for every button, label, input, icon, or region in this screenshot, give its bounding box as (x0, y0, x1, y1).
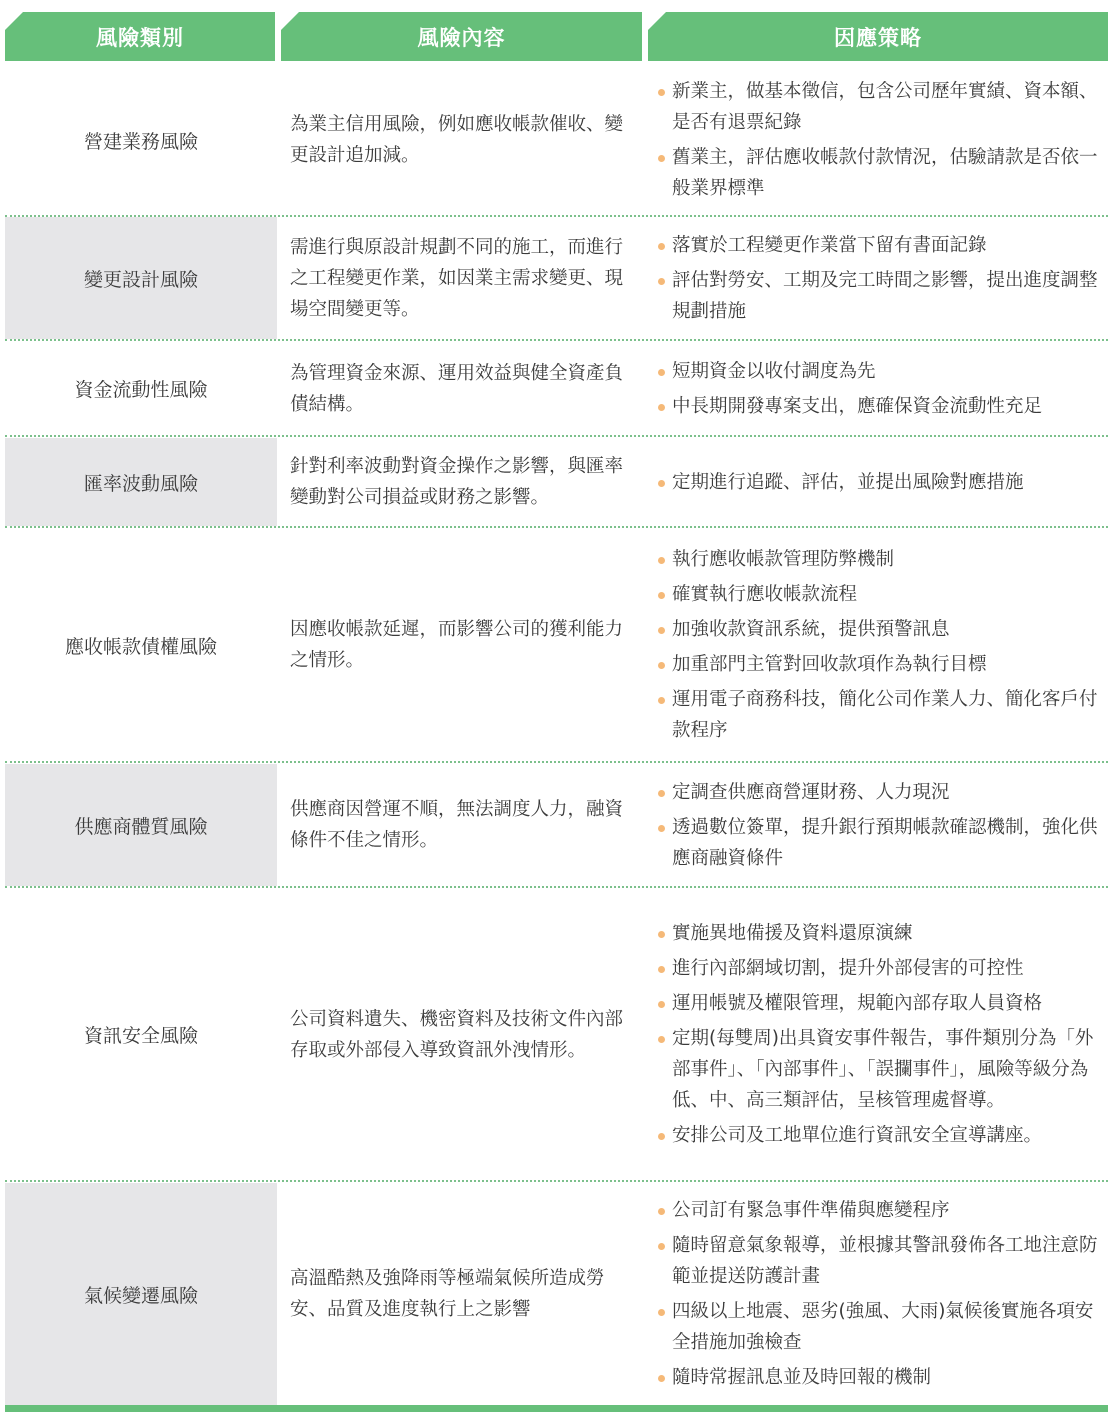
risk-category: 應收帳款債權風險 (5, 529, 277, 761)
list-item: 四級以上地震、惡劣(強風、大雨)氣候後實施各項安全措施加強檢查 (655, 1296, 1105, 1358)
table-row: 供應商體質風險 供應商因營運不順，無法調度人力，融資條件不佳之情形。 定調查供應… (5, 764, 1108, 888)
list-item: 實施異地備援及資料還原演練 (655, 918, 1105, 949)
list-item: 公司訂有緊急事件準備與應變程序 (655, 1195, 1105, 1226)
list-item: 定期(每雙周)出具資安事件報告，事件類別分為「外部事件」、「內部事件」、「誤攔事… (655, 1023, 1105, 1116)
strategy-list: 公司訂有緊急事件準備與應變程序 隨時留意氣象報導，並根據其警訊發佈各工地注意防範… (655, 1183, 1105, 1405)
risk-category: 匯率波動風險 (5, 438, 277, 526)
list-item: 加強收款資訊系統，提供預警訊息 (655, 614, 1105, 645)
list-item: 安排公司及工地單位進行資訊安全宣導講座。 (655, 1120, 1105, 1151)
list-item: 新業主，做基本徵信，包含公司歷年實績、資本額、是否有退票紀錄 (655, 76, 1105, 138)
list-item: 透過數位簽單，提升銀行預期帳款確認機制，強化供應商融資條件 (655, 812, 1105, 874)
list-item: 定調查供應商營運財務、人力現況 (655, 777, 1105, 808)
risk-content: 供應商因營運不順，無法調度人力，融資條件不佳之情形。 (290, 764, 640, 886)
list-item: 運用帳號及權限管理，規範內部存取人員資格 (655, 988, 1105, 1019)
risk-content: 為業主信用風險，例如應收帳款催收、變更設計追加減。 (290, 65, 640, 215)
list-item: 運用電子商務科技，簡化公司作業人力、簡化客戶付款程序 (655, 684, 1105, 746)
header-risk-content: 風險內容 (281, 12, 642, 61)
strategy-list: 定期進行追蹤、評估，並提出風險對應措施 (655, 438, 1105, 526)
risk-content: 因應收帳款延遲，而影響公司的獲利能力之情形。 (290, 529, 640, 761)
strategy-list: 新業主，做基本徵信，包含公司歷年實績、資本額、是否有退票紀錄 舊業主，評估應收帳… (655, 65, 1105, 215)
strategy-list: 定調查供應商營運財務、人力現況 透過數位簽單，提升銀行預期帳款確認機制，強化供應… (655, 764, 1105, 886)
risk-content: 高溫酷熱及強降雨等極端氣候所造成勞安、品質及進度執行上之影響 (290, 1183, 640, 1405)
list-item: 加重部門主管對回收款項作為執行目標 (655, 649, 1105, 680)
list-item: 隨時常握訊息並及時回報的機制 (655, 1362, 1105, 1393)
table-bottom-border (5, 1405, 1108, 1412)
table-row: 氣候變遷風險 高溫酷熱及強降雨等極端氣候所造成勞安、品質及進度執行上之影響 公司… (5, 1183, 1108, 1405)
strategy-list: 落實於工程變更作業當下留有書面記錄 評估對勞安、工期及完工時間之影響，提出進度調… (655, 217, 1105, 339)
header-label: 風險內容 (418, 22, 506, 52)
header-strategy: 因應策略 (648, 12, 1108, 61)
risk-content: 公司資料遺失、機密資料及技術文件內部存取或外部侵入導致資訊外洩情形。 (290, 889, 640, 1180)
table-row: 資訊安全風險 公司資料遺失、機密資料及技術文件內部存取或外部侵入導致資訊外洩情形… (5, 889, 1108, 1182)
list-item: 定期進行追蹤、評估，並提出風險對應措施 (655, 467, 1105, 498)
risk-category: 變更設計風險 (5, 217, 277, 339)
risk-content: 為管理資金來源、運用效益與健全資產負債結構。 (290, 342, 640, 435)
risk-content: 針對利率波動對資金操作之影響，與匯率變動對公司損益或財務之影響。 (290, 438, 640, 526)
table-row: 資金流動性風險 為管理資金來源、運用效益與健全資產負債結構。 短期資金以收付調度… (5, 342, 1108, 437)
list-item: 舊業主，評估應收帳款付款情況，估驗請款是否依一般業界標準 (655, 142, 1105, 204)
list-item: 落實於工程變更作業當下留有書面記錄 (655, 230, 1105, 261)
list-item: 執行應收帳款管理防弊機制 (655, 544, 1105, 575)
table-row: 營建業務風險 為業主信用風險，例如應收帳款催收、變更設計追加減。 新業主，做基本… (5, 65, 1108, 217)
list-item: 進行內部網域切割，提升外部侵害的可控性 (655, 953, 1105, 984)
header-risk-category: 風險類別 (5, 12, 275, 61)
list-item: 短期資金以收付調度為先 (655, 356, 1105, 387)
list-item: 隨時留意氣象報導，並根據其警訊發佈各工地注意防範並提送防護計畫 (655, 1230, 1105, 1292)
table-row: 應收帳款債權風險 因應收帳款延遲，而影響公司的獲利能力之情形。 執行應收帳款管理… (5, 529, 1108, 763)
header-label: 因應策略 (834, 22, 922, 52)
strategy-list: 實施異地備援及資料還原演練 進行內部網域切割，提升外部侵害的可控性 運用帳號及權… (655, 889, 1105, 1180)
risk-category: 營建業務風險 (5, 65, 277, 215)
risk-category: 氣候變遷風險 (5, 1183, 277, 1405)
strategy-list: 短期資金以收付調度為先 中長期開發專案支出，應確保資金流動性充足 (655, 342, 1105, 435)
table-row: 匯率波動風險 針對利率波動對資金操作之影響，與匯率變動對公司損益或財務之影響。 … (5, 438, 1108, 528)
list-item: 評估對勞安、工期及完工時間之影響，提出進度調整規劃措施 (655, 265, 1105, 327)
risk-category: 資金流動性風險 (5, 342, 277, 435)
strategy-list: 執行應收帳款管理防弊機制 確實執行應收帳款流程 加強收款資訊系統，提供預警訊息 … (655, 529, 1105, 761)
risk-category: 供應商體質風險 (5, 764, 277, 886)
risk-content: 需進行與原設計規劃不同的施工，而進行之工程變更作業，如因業主需求變更、現場空間變… (290, 217, 640, 339)
list-item: 確實執行應收帳款流程 (655, 579, 1105, 610)
header-label: 風險類別 (96, 22, 184, 52)
table-row: 變更設計風險 需進行與原設計規劃不同的施工，而進行之工程變更作業，如因業主需求變… (5, 217, 1108, 341)
risk-category: 資訊安全風險 (5, 889, 277, 1180)
list-item: 中長期開發專案支出，應確保資金流動性充足 (655, 391, 1105, 422)
